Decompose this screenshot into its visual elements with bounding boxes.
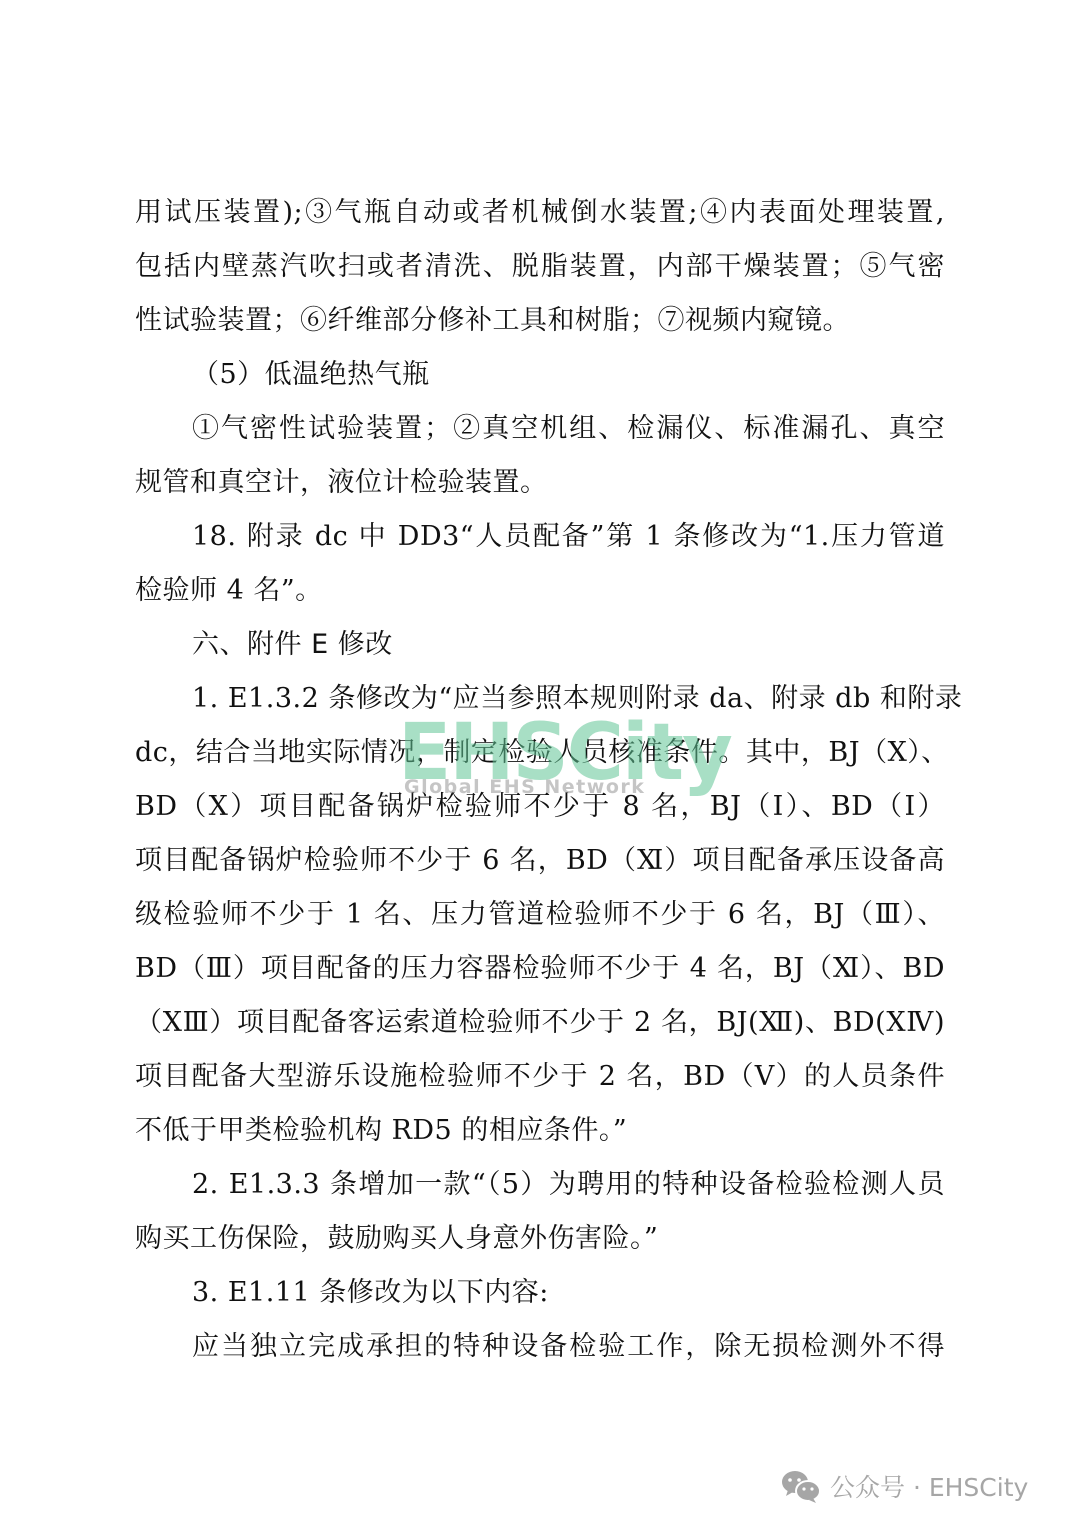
text-line: 项目配备锅炉检验师不少于 6 名，BD（Ⅺ）项目配备承压设备高 [135,834,945,888]
text-line: 购买工伤保险，鼓励购买人身意外伤害险。” [135,1212,945,1266]
section-heading: 六、附件 E 修改 [135,618,945,672]
text-line: 2. E1.3.3 条增加一款“（5）为聘用的特种设备检验检测人员 [135,1158,945,1212]
text-line: 18. 附录 dc 中 DD3“人员配备”第 1 条修改为“1.压力管道 [135,510,945,564]
text-line: BD（Ⅹ）项目配备锅炉检验师不少于 8 名，BJ（Ⅰ）、BD（Ⅰ） [135,780,945,834]
text-line: dc，结合当地实际情况，制定检验人员核准条件。其中，BJ（Ⅹ）、 [135,726,945,780]
subheading-line: （5）低温绝热气瓶 [135,348,945,402]
document-body: 用试压装置);③气瓶自动或者机械倒水装置;④内表面处理装置, 包括内壁蒸汽吹扫或… [135,186,945,1374]
text-line: （ⅩⅢ）项目配备客运索道检验师不少于 2 名，BJ(Ⅻ)、BD(ⅩⅣ) [135,996,945,1050]
wechat-account-badge: 公众号 · EHSCity [780,1468,1028,1504]
text-line: 规管和真空计，液位计检验装置。 [135,456,945,510]
text-line: 1. E1.3.2 条修改为“应当参照本规则附录 da、附录 db 和附录 [135,672,945,726]
text-line: 检验师 4 名”。 [135,564,945,618]
text-line: 应当独立完成承担的特种设备检验工作，除无损检测外不得 [135,1320,945,1374]
text-line: 级检验师不少于 1 名、压力管道检验师不少于 6 名，BJ（Ⅲ）、 [135,888,945,942]
text-line: 项目配备大型游乐设施检验师不少于 2 名，BD（Ⅴ）的人员条件 [135,1050,945,1104]
text-line: BD（Ⅲ）项目配备的压力容器检验师不少于 4 名，BJ（Ⅺ）、BD [135,942,945,996]
text-line: 不低于甲类检验机构 RD5 的相应条件。” [135,1104,945,1158]
wechat-icon [780,1468,822,1504]
text-line: 包括内壁蒸汽吹扫或者清洗、脱脂装置，内部干燥装置；⑤气密 [135,240,945,294]
account-name: 公众号 · EHSCity [830,1468,1028,1504]
text-line: ①气密性试验装置；②真空机组、检漏仪、标准漏孔、真空 [135,402,945,456]
text-line: 3. E1.11 条修改为以下内容: [135,1266,945,1320]
text-line: 用试压装置);③气瓶自动或者机械倒水装置;④内表面处理装置, [135,186,945,240]
text-line: 性试验装置；⑥纤维部分修补工具和树脂；⑦视频内窥镜。 [135,294,945,348]
